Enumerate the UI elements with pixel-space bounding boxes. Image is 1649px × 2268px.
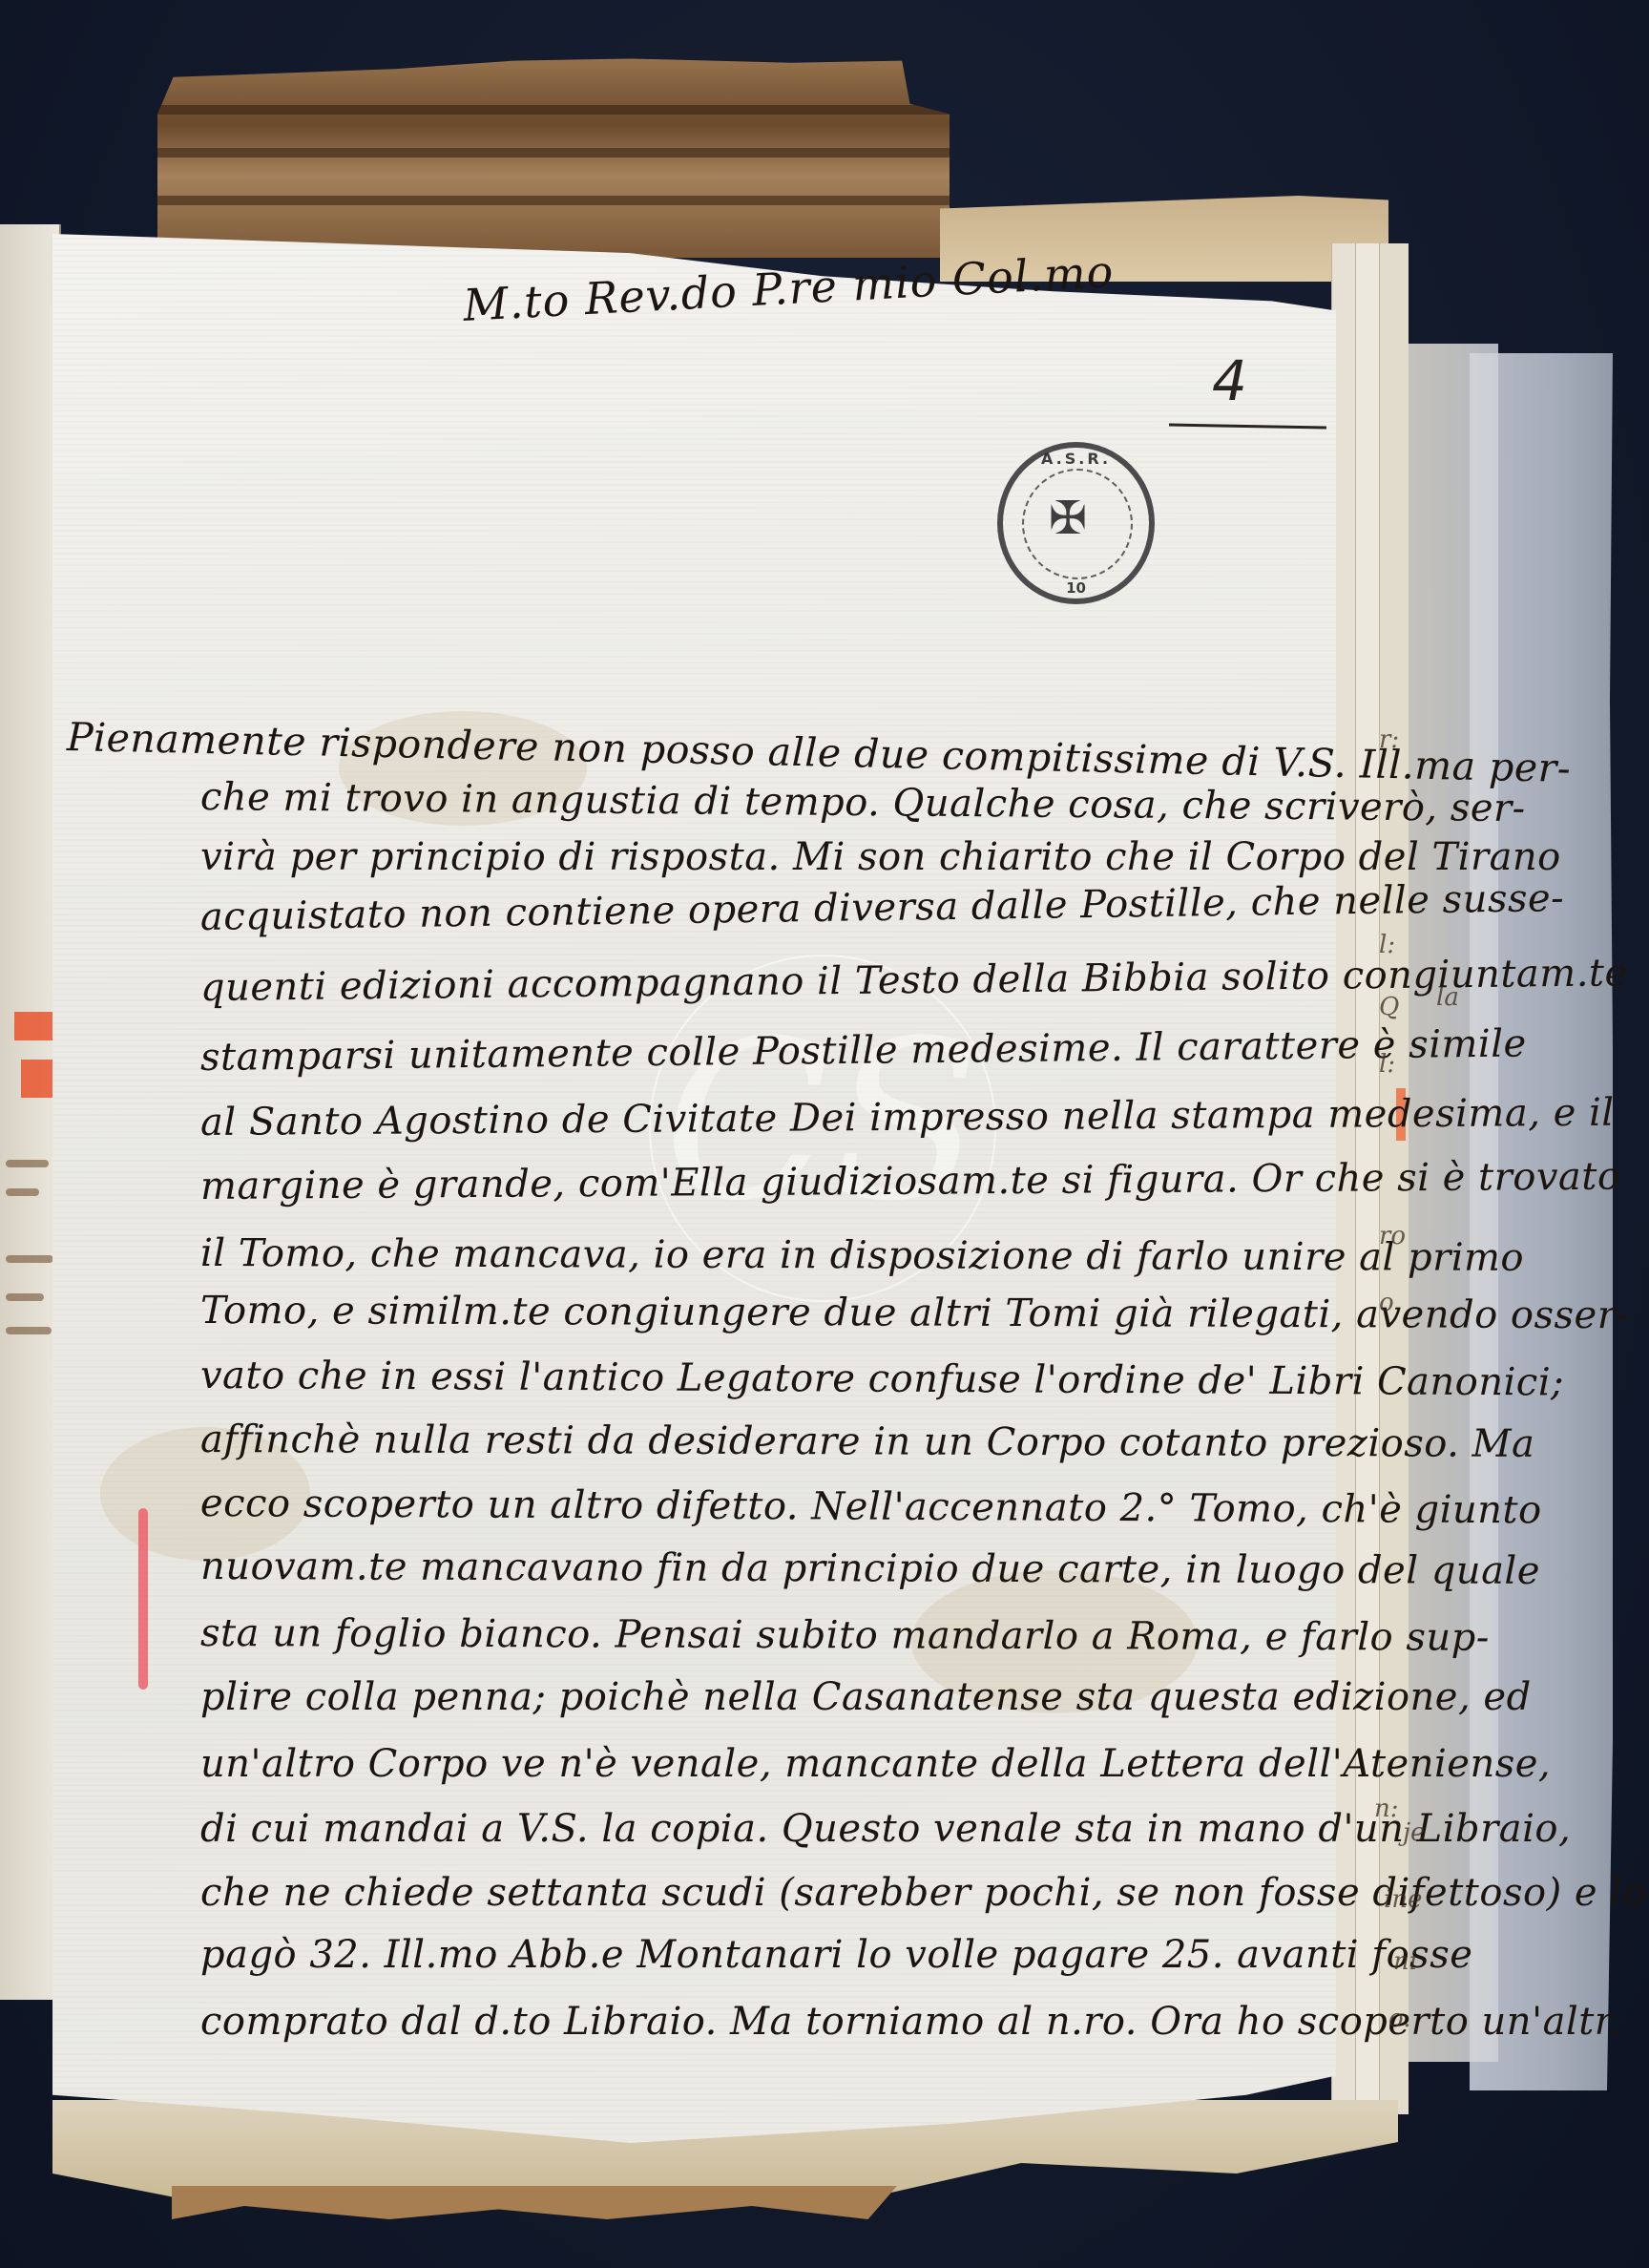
body-line: al Santo Agostino de Civitate Dei impres… bbox=[200, 1091, 1615, 1144]
body-line: margine è grande, com'Ella giudiziosam.t… bbox=[200, 1155, 1621, 1208]
body-line: un'altro Corpo ve n'è venale, mancante d… bbox=[200, 1742, 1551, 1786]
body-line: che ne chiede settanta scudi (sarebber p… bbox=[200, 1871, 1646, 1915]
body-line: plire colla penna; poichè nella Casanate… bbox=[200, 1675, 1532, 1719]
body-line: il Tomo, che mancava, io era in disposiz… bbox=[200, 1231, 1524, 1280]
body-line: vato che in essi l'antico Legatore confu… bbox=[200, 1354, 1564, 1404]
margin-fragment: l: bbox=[1379, 931, 1395, 959]
margin-fragment: ni bbox=[1393, 1947, 1417, 1976]
margin-fragment: la bbox=[1436, 983, 1459, 1012]
margin-fragment: je bbox=[1403, 1818, 1425, 1847]
margin-fragment: r: bbox=[1379, 725, 1399, 754]
body-line: quenti edizioni accompagnano il Testo de… bbox=[200, 951, 1628, 1010]
body-line: affinchè nulla resti da desiderare in un… bbox=[200, 1417, 1535, 1466]
body-line: Tomo, e similm.te congiungere due altri … bbox=[200, 1289, 1630, 1337]
body-line: sta un foglio bianco. Pensai subito mand… bbox=[200, 1611, 1490, 1660]
body-line: di cui mandai a V.S. la copia. Questo ve… bbox=[200, 1807, 1571, 1851]
margin-fragment: ro bbox=[1379, 1222, 1406, 1250]
margin-fragment: o bbox=[1379, 1289, 1394, 1317]
margin-fragment: Q bbox=[1379, 993, 1399, 1021]
letter-body: Pienamente rispondere non posso alle due… bbox=[0, 0, 1649, 2268]
margin-fragment: ine bbox=[1384, 1885, 1422, 1914]
body-line: ecco scoperto un altro difetto. Nell'acc… bbox=[200, 1481, 1542, 1532]
body-line: stamparsi unitamente colle Postille mede… bbox=[200, 1021, 1527, 1080]
margin-fragment: n: bbox=[1374, 1795, 1399, 1823]
body-line: virà per principio di risposta. Mi son c… bbox=[200, 835, 1561, 879]
margin-fragment: l: bbox=[1379, 1050, 1395, 1079]
margin-fragment: o. bbox=[1388, 2005, 1410, 2033]
body-line: acquistato non contiene opera diversa da… bbox=[200, 876, 1565, 939]
body-line: nuovam.te mancavano fin da principio due… bbox=[200, 1544, 1540, 1593]
body-line: pagò 32. Ill.mo Abb.e Montanari lo volle… bbox=[200, 1933, 1472, 1977]
